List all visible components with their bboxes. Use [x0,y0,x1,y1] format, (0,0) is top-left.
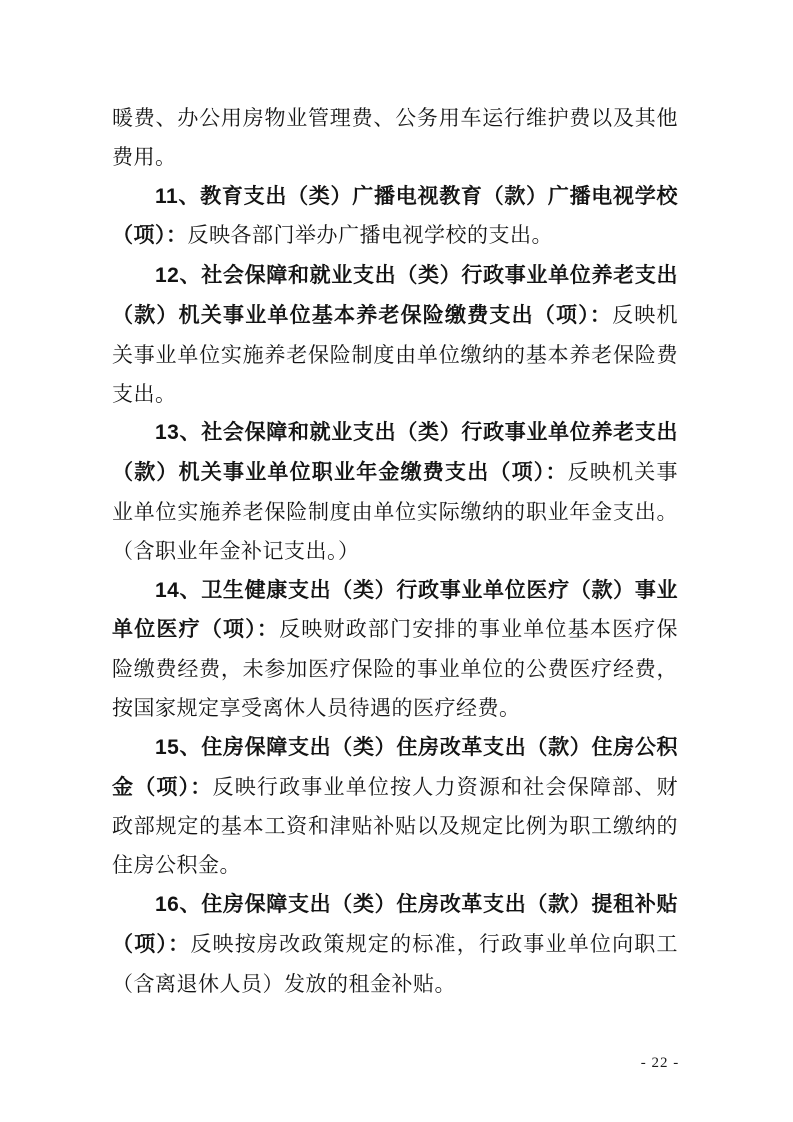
paragraph-item-16: 16、住房保障支出（类）住房改革支出（款）提租补贴（项）：反映按房改政策规定的标… [112,885,678,1003]
paragraph-item-12: 12、社会保障和就业支出（类）行政事业单位养老支出（款）机关事业单位基本养老保险… [112,256,678,413]
paragraph-continuation: 暖费、办公用房物业管理费、公务用车运行维护费以及其他费用。 [112,99,678,177]
paragraph-item-14: 14、卫生健康支出（类）行政事业单位医疗（款）事业单位医疗（项）：反映财政部门安… [112,571,678,728]
item-11-body: 反映各部门举办广播电视学校的支出。 [188,223,554,247]
item-16-body: 反映按房改政策规定的标准，行政事业单位向职工（含离退休人员）发放的租金补贴。 [112,932,678,996]
paragraph-text: 暖费、办公用房物业管理费、公务用车运行维护费以及其他费用。 [112,106,678,169]
document-body: 暖费、办公用房物业管理费、公务用车运行维护费以及其他费用。 11、教育支出（类）… [112,99,678,1003]
item-12-heading: 12、社会保障和就业支出（类）行政事业单位养老支出（款）机关事业单位基本养老保险… [112,264,678,327]
paragraph-item-13: 13、社会保障和就业支出（类）行政事业单位养老支出（款）机关事业单位职业年金缴费… [112,413,678,570]
paragraph-item-11: 11、教育支出（类）广播电视教育（款）广播电视学校（项）：反映各部门举办广播电视… [112,177,678,257]
document-page: 暖费、办公用房物业管理费、公务用车运行维护费以及其他费用。 11、教育支出（类）… [0,0,793,1122]
page-number: - 22 - [640,1055,680,1072]
paragraph-item-15: 15、住房保障支出（类）住房改革支出（款）住房公积金（项）：反映行政事业单位按人… [112,728,678,885]
